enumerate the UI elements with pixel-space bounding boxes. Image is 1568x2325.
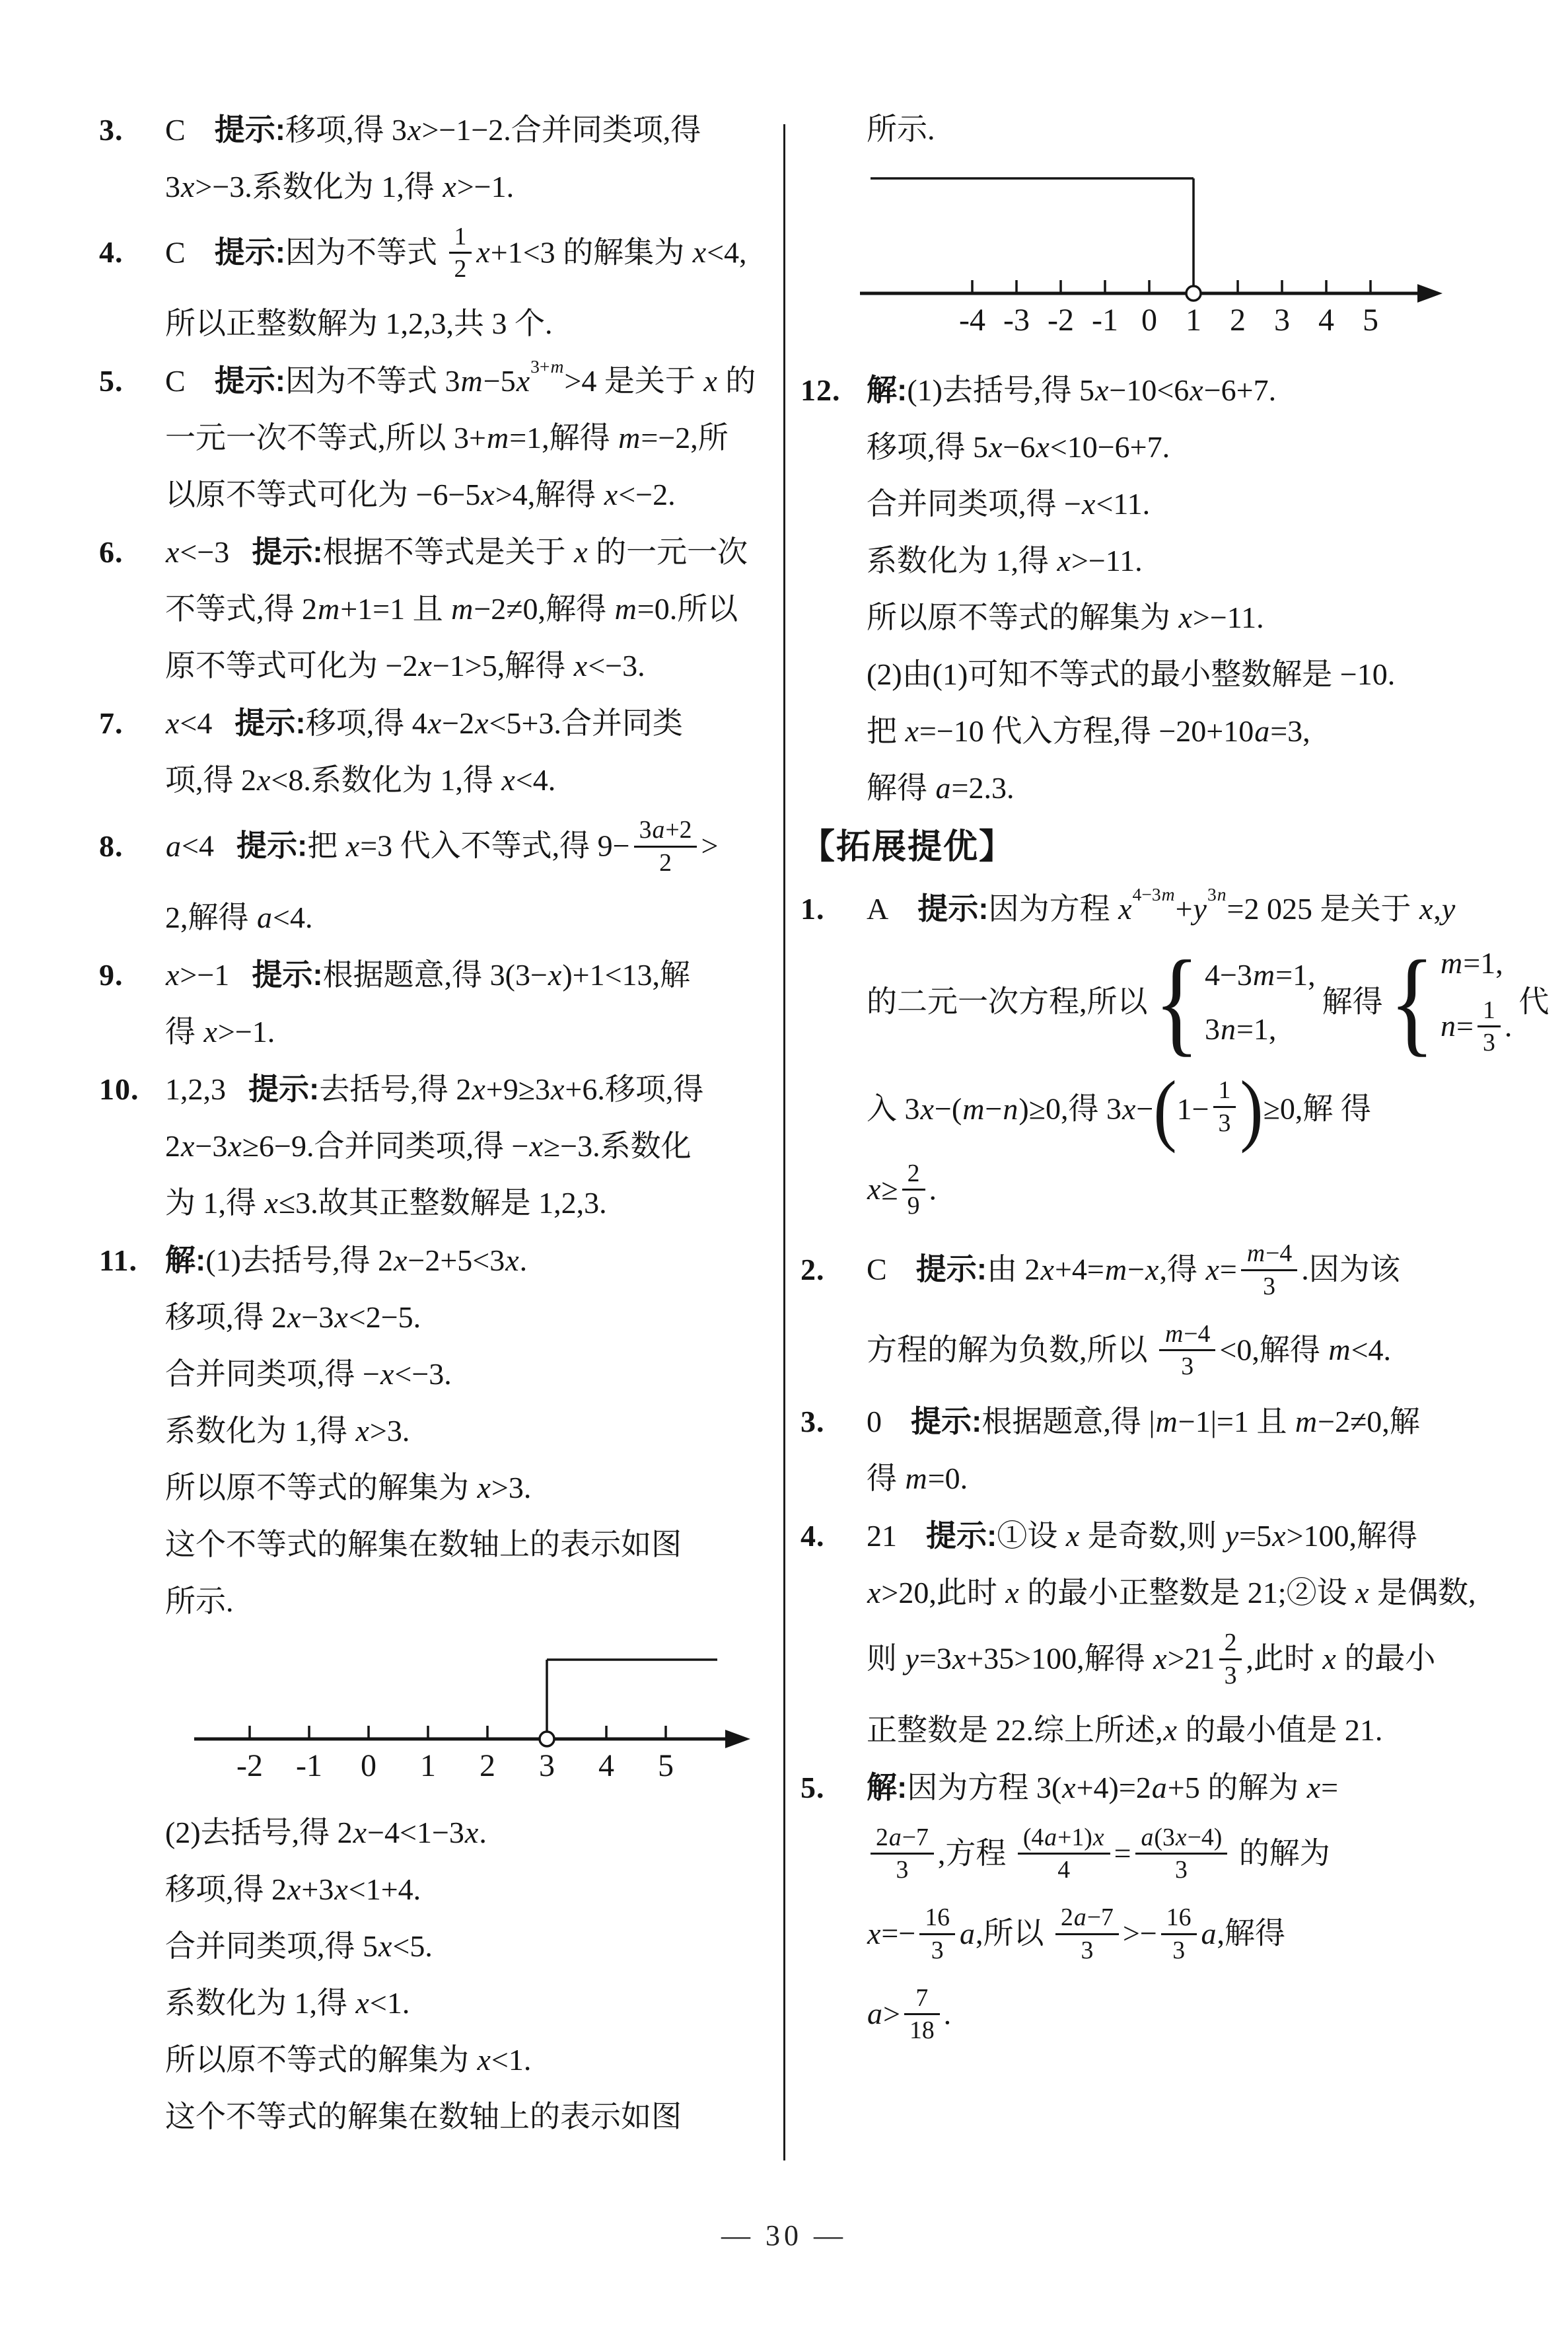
math-text: x	[1005, 1576, 1019, 1609]
text: 代	[1518, 984, 1549, 1018]
math-text: 1	[1483, 996, 1495, 1024]
math-text: x	[1355, 1576, 1369, 1609]
math-text: x≥	[867, 1172, 898, 1206]
text: 这个不等式的解集在数轴上的表示如图	[165, 1528, 682, 1561]
text: 合并同类	[561, 706, 683, 740]
answer-item: 6.x<−3提示:根据不等式是关于 x 的一元一次	[99, 533, 769, 571]
text: 移项,得	[285, 113, 392, 147]
text: 解得	[1357, 1519, 1417, 1553]
solution-line: x≥29.	[801, 1162, 1507, 1222]
solution-line: 所以正整数解为 1,2,3,共 3 个.	[99, 305, 769, 342]
text: 项,得	[165, 763, 241, 797]
bold-label: 提示:	[911, 1404, 981, 1438]
math-text: 2x+3x<1+4.	[271, 1872, 421, 1906]
text: 得	[1167, 1253, 1205, 1286]
math-text: m−2≠0,	[1295, 1405, 1390, 1438]
text: 合并同类项,得	[867, 487, 1064, 521]
text: 个.	[507, 307, 553, 340]
bold-label: 提示:	[917, 891, 988, 926]
math-text: x<−2.	[604, 478, 676, 511]
math-text: =	[1114, 1836, 1131, 1870]
math-text: 3a+2	[639, 816, 692, 844]
math-text: 22.	[996, 1713, 1034, 1747]
fraction: 29	[902, 1160, 925, 1220]
math-text: (4a+1)x	[1023, 1824, 1105, 1851]
fraction: 2a−73	[1055, 1903, 1119, 1964]
math-text: x=3	[345, 829, 392, 863]
text: 不等式,得	[165, 592, 302, 626]
math-text: m<4.	[1328, 1333, 1391, 1366]
text: 的二元一次方程,所以	[867, 984, 1148, 1018]
text: (2)去括号,得	[165, 1816, 338, 1849]
math-text: =2 025	[1227, 892, 1312, 926]
answer-item: 1.A提示:因为方程 x4−3m+y3n=2 025 是关于 x,y	[801, 890, 1507, 928]
math-text: |m−1|=1	[1149, 1405, 1249, 1438]
bold-label: 提示:	[252, 535, 322, 569]
tick-label: 3	[539, 1748, 555, 1783]
item-number: 9.	[99, 957, 165, 994]
brace-glyph: {	[1390, 952, 1435, 1052]
fraction: 23	[1219, 1629, 1242, 1689]
math-text: 4x−2x<5+3.	[412, 706, 561, 740]
answer-item: 2.C提示:由 2x+4=m−x,得 x=m−43.因为该	[801, 1242, 1507, 1302]
text: 代入不等式,得	[392, 829, 598, 863]
math-text: m−4	[1164, 1320, 1210, 1348]
tick-label: -3	[1003, 303, 1030, 338]
text: C	[165, 235, 186, 269]
text: 解 得	[1302, 1092, 1371, 1126]
solution-line: 移项,得 2x+3x<1+4.	[99, 1871, 769, 1908]
math-text: x<1.	[355, 1986, 410, 2020]
bold-label: 提示:	[215, 363, 285, 398]
math-text: 1,2,3	[165, 1072, 226, 1106]
text: 把	[867, 714, 905, 748]
text: C	[165, 364, 186, 398]
math-text: 3	[1225, 1662, 1237, 1689]
math-text: 3x>−3.	[165, 170, 252, 203]
math-text: 3	[896, 1856, 909, 1884]
solution-line: 的二元一次方程,所以{4−3m=1,3n=1,解得{m=1,n=13.代	[801, 947, 1507, 1062]
math-text: x>21	[1153, 1642, 1215, 1676]
system-line: 4−3m=1,	[1205, 957, 1316, 994]
bold-label: 提示:	[926, 1518, 997, 1553]
text: 所示.	[165, 1584, 234, 1618]
math-text: 3(3−x)+1<13,	[490, 958, 660, 992]
bold-label: 提示:	[215, 235, 285, 269]
text: 解	[1390, 1405, 1420, 1438]
bold-label: 解:	[165, 1243, 205, 1277]
tick-label: 5	[1363, 303, 1378, 338]
math-text: 1−	[1177, 1091, 1209, 1128]
answer-item: 11.解:(1)去括号,得 2x−2+5<3x.	[99, 1241, 769, 1279]
tick-label: 3	[1274, 303, 1290, 338]
math-text: x=	[1306, 1771, 1338, 1804]
math-text: a>	[867, 1997, 900, 2030]
solution-line: 2a−73,方程 (4a+1)x4=a(3x−4)3 的解为	[801, 1826, 1507, 1886]
math-text: 3+m=1,	[454, 421, 550, 455]
solution-line: 这个不等式的解集在数轴上的表示如图	[99, 1526, 769, 1563]
text: 解得	[867, 771, 935, 805]
math-text: a,	[959, 1917, 983, 1950]
text: 系数化为 1,得	[165, 1414, 355, 1448]
solution-line: 为 1,得 x≤3.故其正整数解是 1,2,3.	[99, 1185, 769, 1222]
text: 综上所述,	[1034, 1713, 1163, 1747]
math-text: 0	[867, 1405, 882, 1438]
number-line-figure: -2-1012345	[192, 1640, 769, 1788]
math-text: x>−1.	[203, 1015, 275, 1049]
math-text: 3m−5	[445, 364, 516, 398]
text: 解得	[188, 901, 257, 934]
math-text: >4	[564, 364, 596, 398]
solution-line: (2)去括号,得 2x−4<1−3x.	[99, 1814, 769, 1851]
item-number: 6.	[99, 534, 165, 571]
math-text: −20+10a=3,	[1158, 714, 1310, 748]
math-text: ,	[938, 1836, 946, 1870]
text: 所	[698, 421, 729, 455]
brace-glyph: {	[1155, 952, 1199, 1052]
math-text: 2x+9≥3x+6.	[456, 1072, 605, 1106]
math-text: 2	[908, 1160, 920, 1187]
text: 所以原不等式的解集为	[165, 2043, 477, 2077]
text: 的解为	[1200, 1771, 1306, 1804]
text: 解得	[546, 592, 614, 626]
solution-line: 这个不等式的解集在数轴上的表示如图	[99, 2098, 769, 2135]
math-text: 5x−6x<10−6+7.	[973, 430, 1170, 464]
number-line-figure: -4-3-2-1012345	[857, 168, 1507, 345]
text: 所以原不等式的解集为	[165, 1471, 477, 1504]
text: 移项,得	[867, 430, 973, 464]
item-number: 5.	[801, 1769, 867, 1806]
math-text: 2x−2+5<3x.	[378, 1243, 527, 1277]
math-text: x	[703, 364, 717, 398]
math-text: 1	[1219, 1076, 1231, 1104]
text: 以原不等式可化为	[165, 478, 416, 511]
math-text: x<4.	[501, 763, 555, 797]
solution-line: 所以原不等式的解集为 x>−11.	[801, 599, 1507, 636]
text: 所以	[677, 592, 738, 626]
math-text: 3	[1172, 1937, 1185, 1964]
math-text: x<1.	[477, 2043, 532, 2077]
text: 移项,得	[165, 1300, 271, 1334]
math-text: 2m+1=1	[302, 592, 405, 626]
text: 因为方程	[907, 1771, 1036, 1804]
text: 的解为	[1231, 1836, 1330, 1870]
text: 方程的解为负数,所以	[867, 1333, 1155, 1366]
tick-label: 5	[658, 1748, 674, 1783]
fraction: 718	[904, 1984, 940, 2044]
text: 的一元一次	[588, 535, 748, 569]
math-text: m−4	[1246, 1239, 1292, 1267]
power-expression: x3+m	[516, 364, 565, 398]
page-footer: — 30 —	[0, 2219, 1568, 2252]
system-line: 3n=1,	[1205, 1011, 1316, 1048]
fraction: m−43	[1241, 1239, 1297, 1300]
system-line: m=1,	[1440, 945, 1512, 982]
fraction: 2a−73	[871, 1824, 934, 1884]
math-text: x	[573, 535, 588, 569]
math-text: >	[701, 829, 718, 863]
math-text: 2x<8.	[241, 763, 311, 797]
fraction: 3a+22	[634, 816, 697, 876]
text: 由	[987, 1253, 1025, 1286]
solution-line: 方程的解为负数,所以 m−43<0,解得 m<4.	[801, 1323, 1507, 1383]
bold-label: 提示:	[236, 829, 307, 863]
text: 共	[454, 307, 492, 340]
math-text: y=3x+35>100,	[905, 1642, 1085, 1676]
bold-label: 提示:	[234, 706, 305, 740]
item-number: 1.	[801, 891, 867, 928]
solution-line: 2,解得 a<4.	[99, 899, 769, 936]
math-text: ,	[1246, 1642, 1254, 1676]
math-text: m=0.	[905, 1461, 968, 1495]
solution-line: 合并同类项,得 5x<5.	[99, 1928, 769, 1965]
math-text: x	[1163, 1713, 1178, 1747]
math-text: y=5x>100,	[1225, 1519, 1357, 1553]
text: 代入方程,得	[984, 714, 1159, 748]
solution-line: 入 3x−(m−n)≥0,得 3x−(1−13)≥0,解 得	[801, 1082, 1507, 1142]
math-text: 16	[1166, 1903, 1192, 1931]
item-number: 8.	[99, 828, 165, 865]
text: 故其正整数解是	[318, 1186, 539, 1220]
solution-line: 以原不等式可化为 −6−5x>4,解得 x<−2.	[99, 476, 769, 513]
math-text: +	[1176, 892, 1193, 926]
tick-label: -1	[1092, 303, 1118, 338]
math-text: x	[1118, 892, 1132, 926]
text: (1)去括号,得	[205, 1243, 378, 1277]
text: 是偶数,	[1370, 1576, 1476, 1609]
math-text: a<4.	[256, 901, 312, 934]
item-number: 12.	[801, 372, 867, 409]
text: 是关于	[1312, 892, 1419, 926]
text: C	[165, 113, 186, 147]
text: 的解集为	[555, 235, 692, 269]
text: 得	[867, 1461, 905, 1495]
left-column: 3.C提示:移项,得 3x>−1−2.合并同类项,得3x>−3.系数化为 1,得…	[99, 111, 769, 2155]
math-text: 3n	[1207, 884, 1227, 904]
solution-line: 解得 a=2.3.	[801, 770, 1507, 807]
text: 因为不等式	[285, 364, 445, 398]
math-text: m=1,	[1440, 946, 1503, 980]
section-header: 【拓展提优】	[801, 827, 1507, 867]
text: 系数化为 1,得	[165, 1986, 355, 2020]
solution-line: 项,得 2x<8.系数化为 1,得 x<4.	[99, 762, 769, 799]
tick-label: 2	[1230, 303, 1246, 338]
solution-line: 把 x=−10 代入方程,得 −20+10a=3,	[801, 713, 1507, 750]
solution-line: 不等式,得 2m+1=1 且 m−2≠0,解得 m=0.所以	[99, 591, 769, 628]
text: 所以正整数解为	[165, 307, 386, 340]
item-number: 10.	[99, 1071, 165, 1108]
parenthesized-expression: (1−13)	[1153, 1079, 1263, 1139]
text: (2)由(1)可知不等式的最小整数解是	[867, 657, 1340, 691]
text: 所以	[983, 1917, 1052, 1950]
math-text: .	[944, 1997, 952, 2030]
text: 解得	[1260, 1333, 1328, 1366]
text: 解得	[505, 649, 573, 683]
bold-label: 解:	[867, 1770, 907, 1804]
text: 的最小	[1337, 1642, 1436, 1676]
tick-label: -4	[959, 303, 985, 338]
text: 是奇数,则	[1080, 1519, 1225, 1553]
text: 一元一次不等式,所以	[165, 421, 454, 455]
fraction: 13	[1213, 1076, 1236, 1136]
text: 系数化为 1,得	[311, 763, 501, 797]
text: 移项,得	[605, 1072, 704, 1106]
solution-line: 所以原不等式的解集为 x<1.	[99, 2042, 769, 2079]
power-expression: y3n	[1193, 892, 1227, 926]
solution-line: 移项,得 5x−6x<10−6+7.	[801, 429, 1507, 466]
math-text: 1	[454, 223, 467, 250]
math-text: <0,	[1219, 1333, 1259, 1366]
math-text: 3	[1219, 1109, 1231, 1137]
solution-line: 所以原不等式的解集为 x>3.	[99, 1469, 769, 1506]
math-text: x=−	[867, 1917, 915, 1950]
solution-line: 2x−3x≥6−9.合并同类项,得 −x≥−3.系数化	[99, 1128, 769, 1165]
text: 为 1,得	[165, 1186, 264, 1220]
math-text: 2	[659, 849, 672, 877]
item-number: 5.	[99, 363, 165, 400]
text: 得	[1068, 1092, 1106, 1126]
fraction: 12	[449, 223, 472, 283]
math-text: .	[1505, 1009, 1513, 1043]
column-divider	[783, 124, 785, 2160]
item-number: 3.	[801, 1403, 867, 1440]
math-text: 1,2,3,	[386, 307, 454, 340]
math-text: 7	[915, 1984, 928, 2012]
text: 且	[1249, 1405, 1295, 1438]
equation-system: {m=1,n=13.	[1390, 945, 1513, 1059]
answer-item: 4.21提示:①设 x 是奇数,则 y=5x>100,解得	[801, 1517, 1507, 1555]
text: ①设	[997, 1519, 1065, 1553]
answer-item: 10.1,2,3提示:去括号,得 2x+9≥3x+6.移项,得	[99, 1070, 769, 1108]
math-text: 3	[1263, 1273, 1275, 1300]
math-text: 16	[925, 1903, 950, 1931]
solution-line: 所示.	[801, 111, 1507, 148]
math-text: 3	[1175, 1856, 1188, 1884]
math-text: −x<11.	[1064, 487, 1150, 521]
solution-line: 合并同类项,得 −x<−3.	[99, 1356, 769, 1393]
math-text: x=−10	[905, 714, 984, 748]
math-text: >−	[1123, 1917, 1157, 1950]
solution-line: (2)由(1)可知不等式的最小整数解是 −10.	[801, 656, 1507, 693]
math-text: 5x<5.	[363, 1929, 433, 1963]
math-text: −x<−3.	[363, 1357, 452, 1391]
tick-label: 2	[480, 1748, 495, 1783]
text: 合并同类项,得	[314, 1129, 512, 1163]
answer-item: 5.解:因为方程 3(x+4)=2a+5 的解为 x=	[801, 1769, 1507, 1806]
text: 正整数是	[867, 1713, 996, 1747]
text: 方程	[945, 1836, 1014, 1870]
math-text: −10.	[1340, 657, 1395, 691]
answer-item: 12.解:(1)去括号,得 5x−10<6x−6+7.	[801, 371, 1507, 409]
math-text: 9	[908, 1192, 920, 1220]
math-text: 4−3m	[1132, 884, 1175, 904]
math-text: a=2.3.	[935, 771, 1015, 805]
answer-item: 3.0提示:根据题意,得 |m−1|=1 且 m−2≠0,解	[801, 1403, 1507, 1440]
bold-label: 提示:	[248, 1072, 319, 1106]
solution-line: 移项,得 2x−3x<2−5.	[99, 1299, 769, 1336]
solution-line: 3x>−3.系数化为 1,得 x>−1.	[99, 168, 769, 205]
math-text: 18	[909, 2016, 935, 2044]
solution-line: 原不等式可化为 −2x−1>5,解得 x<−3.	[99, 647, 769, 684]
math-text: x>−1.	[442, 170, 514, 203]
math-text: 2	[454, 255, 467, 283]
math-text: 21.	[1345, 1713, 1383, 1747]
math-text: 2	[1225, 1629, 1237, 1656]
answer-item: 7.x<4提示:移项,得 4x−2x<5+3.合并同类	[99, 704, 769, 742]
math-text: x<4	[165, 706, 212, 740]
text: 因为方程	[989, 892, 1118, 926]
text: 根据不等式是关于	[323, 535, 574, 569]
math-text: 2x−3x<2−5.	[271, 1300, 421, 1334]
bold-label: 提示:	[215, 112, 285, 147]
math-text: m=0.	[614, 592, 678, 626]
solution-line: x>20,此时 x 的最小正整数是 21;②设 x 是偶数,	[801, 1574, 1507, 1611]
math-text: 3+m	[530, 356, 564, 377]
text: 移项,得	[165, 1872, 271, 1906]
item-number: 2.	[801, 1251, 867, 1288]
math-text: x<−3	[165, 535, 229, 569]
text: 此时	[1254, 1642, 1322, 1676]
math-text: 4	[1057, 1856, 1070, 1884]
text: 是关于	[596, 364, 703, 398]
solution-line: 一元一次不等式,所以 3+m=1,解得 m=−2,所	[99, 420, 769, 457]
text: 因为不等式	[285, 235, 445, 269]
math-text: 3	[1483, 1029, 1495, 1056]
number-line-svg: -4-3-2-1012345	[857, 168, 1465, 345]
math-text: 3x−(m−n)≥0,	[905, 1092, 1069, 1126]
power-expression: x4−3m	[1118, 892, 1176, 926]
math-text: 3x>−1−2.	[392, 113, 511, 147]
solution-line: 系数化为 1,得 x>−11.	[801, 542, 1507, 579]
fraction: 13	[1478, 996, 1501, 1056]
fraction: 163	[919, 1903, 955, 1964]
tick-label: 0	[1141, 303, 1157, 338]
math-text: 2a−7	[1061, 1903, 1114, 1931]
text: 这个不等式的解集在数轴上的表示如图	[165, 2100, 682, 2133]
math-text: 2x−4<1−3x.	[338, 1816, 487, 1849]
answer-item: 8.a<4提示:把 x=3 代入不等式,得 9−3a+22>	[99, 819, 769, 879]
tick-label: -2	[236, 1748, 263, 1783]
text: 根据题意,得	[981, 1405, 1149, 1438]
math-text: x<4,	[692, 235, 747, 269]
solution-line: 正整数是 22.综上所述,x 的最小值是 21.	[801, 1712, 1507, 1749]
math-text: −x≥−3.	[512, 1129, 600, 1163]
math-text: −2x−1>5,	[386, 649, 505, 683]
item-number: 4.	[801, 1518, 867, 1555]
bold-label: 提示:	[916, 1252, 987, 1286]
text: 所以原不等式的解集为	[867, 601, 1178, 634]
fraction: (4a+1)x4	[1018, 1824, 1110, 1884]
answer-item: 5.C提示:因为不等式 3m−5x3+m>4 是关于 x 的	[99, 362, 769, 400]
text: (1)去括号,得	[907, 373, 1079, 407]
text: 解得	[1225, 1917, 1285, 1950]
math-text: 4−3m=1,	[1205, 958, 1316, 992]
fraction: a(3x−4)3	[1135, 1824, 1228, 1884]
math-text: x	[1322, 1642, 1336, 1676]
solution-line: 得 x>−1.	[99, 1014, 769, 1051]
math-text: 21	[867, 1519, 897, 1553]
solution-line: 系数化为 1,得 x<1.	[99, 1985, 769, 2022]
tick-label: 1	[420, 1748, 436, 1783]
text: 的	[718, 364, 756, 398]
system-line: n=13.	[1440, 999, 1512, 1059]
text: 的最小正整数是	[1020, 1576, 1248, 1609]
math-text: x	[1065, 1519, 1080, 1553]
number-line-svg: -2-1012345	[192, 1640, 773, 1788]
math-text: 3	[492, 307, 507, 340]
math-text: 2x−3x≥6−9.	[165, 1129, 314, 1163]
text: 得	[165, 1015, 203, 1049]
